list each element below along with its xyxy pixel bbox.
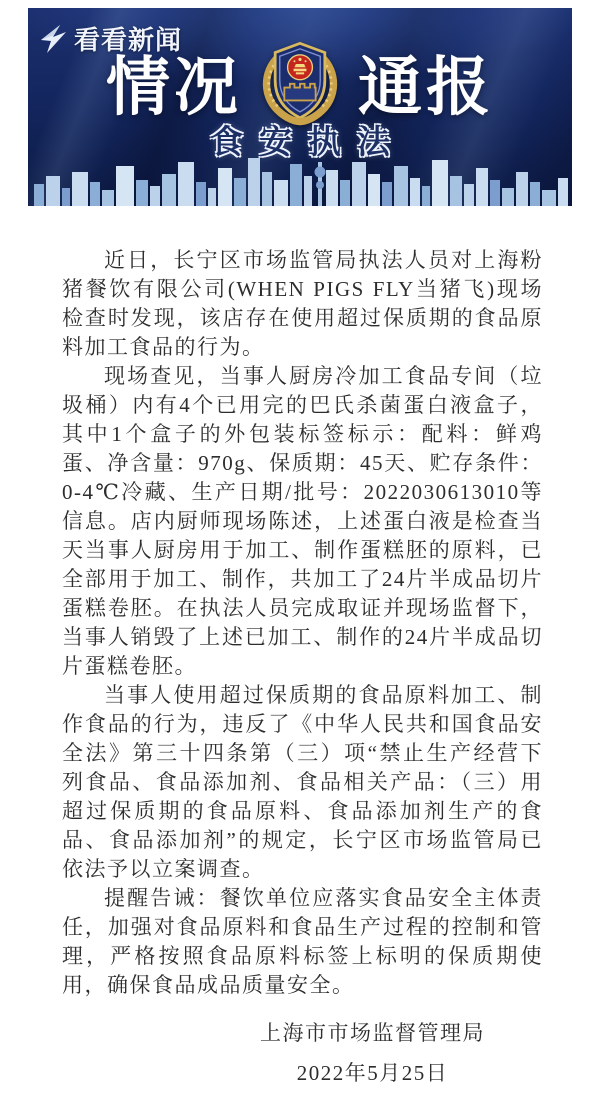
issue-date: 2022年5月25日	[297, 1056, 449, 1090]
title-word-right: 通报	[358, 36, 494, 128]
paragraph-1: 近日，长宁区市场监管局执法人员对上海粉猪餐饮有限公司(WHEN PIGS FLY…	[62, 246, 543, 362]
paragraph-2: 现场查见，当事人厨房冷加工食品专间（垃圾桶）内有4个已用完的巴氏杀菌蛋白液盒子，…	[62, 362, 543, 681]
paragraph-3: 当事人使用超过保质期的食品原料加工、制作食品的行为，违反了《中华人民共和国食品安…	[62, 681, 543, 884]
header-banner: 看看新闻 情况	[28, 8, 572, 206]
title-word-left: 情况	[106, 36, 242, 128]
notice-page: 看看新闻 情况	[0, 0, 600, 1097]
police-badge-icon	[254, 38, 346, 126]
city-skyline-graphic	[28, 154, 572, 206]
signature-block: 上海市市场监督管理局 2022年5月25日	[260, 1016, 485, 1090]
banner-title: 情况	[28, 36, 572, 128]
notice-body: 近日，长宁区市场监管局执法人员对上海粉猪餐饮有限公司(WHEN PIGS FLY…	[0, 246, 600, 1090]
paragraph-4: 提醒告诫：餐饮单位应落实食品安全主体责任，加强对食品原料和食品生产过程的控制和管…	[62, 884, 543, 1000]
issuing-authority: 上海市市场监督管理局	[260, 1016, 485, 1050]
